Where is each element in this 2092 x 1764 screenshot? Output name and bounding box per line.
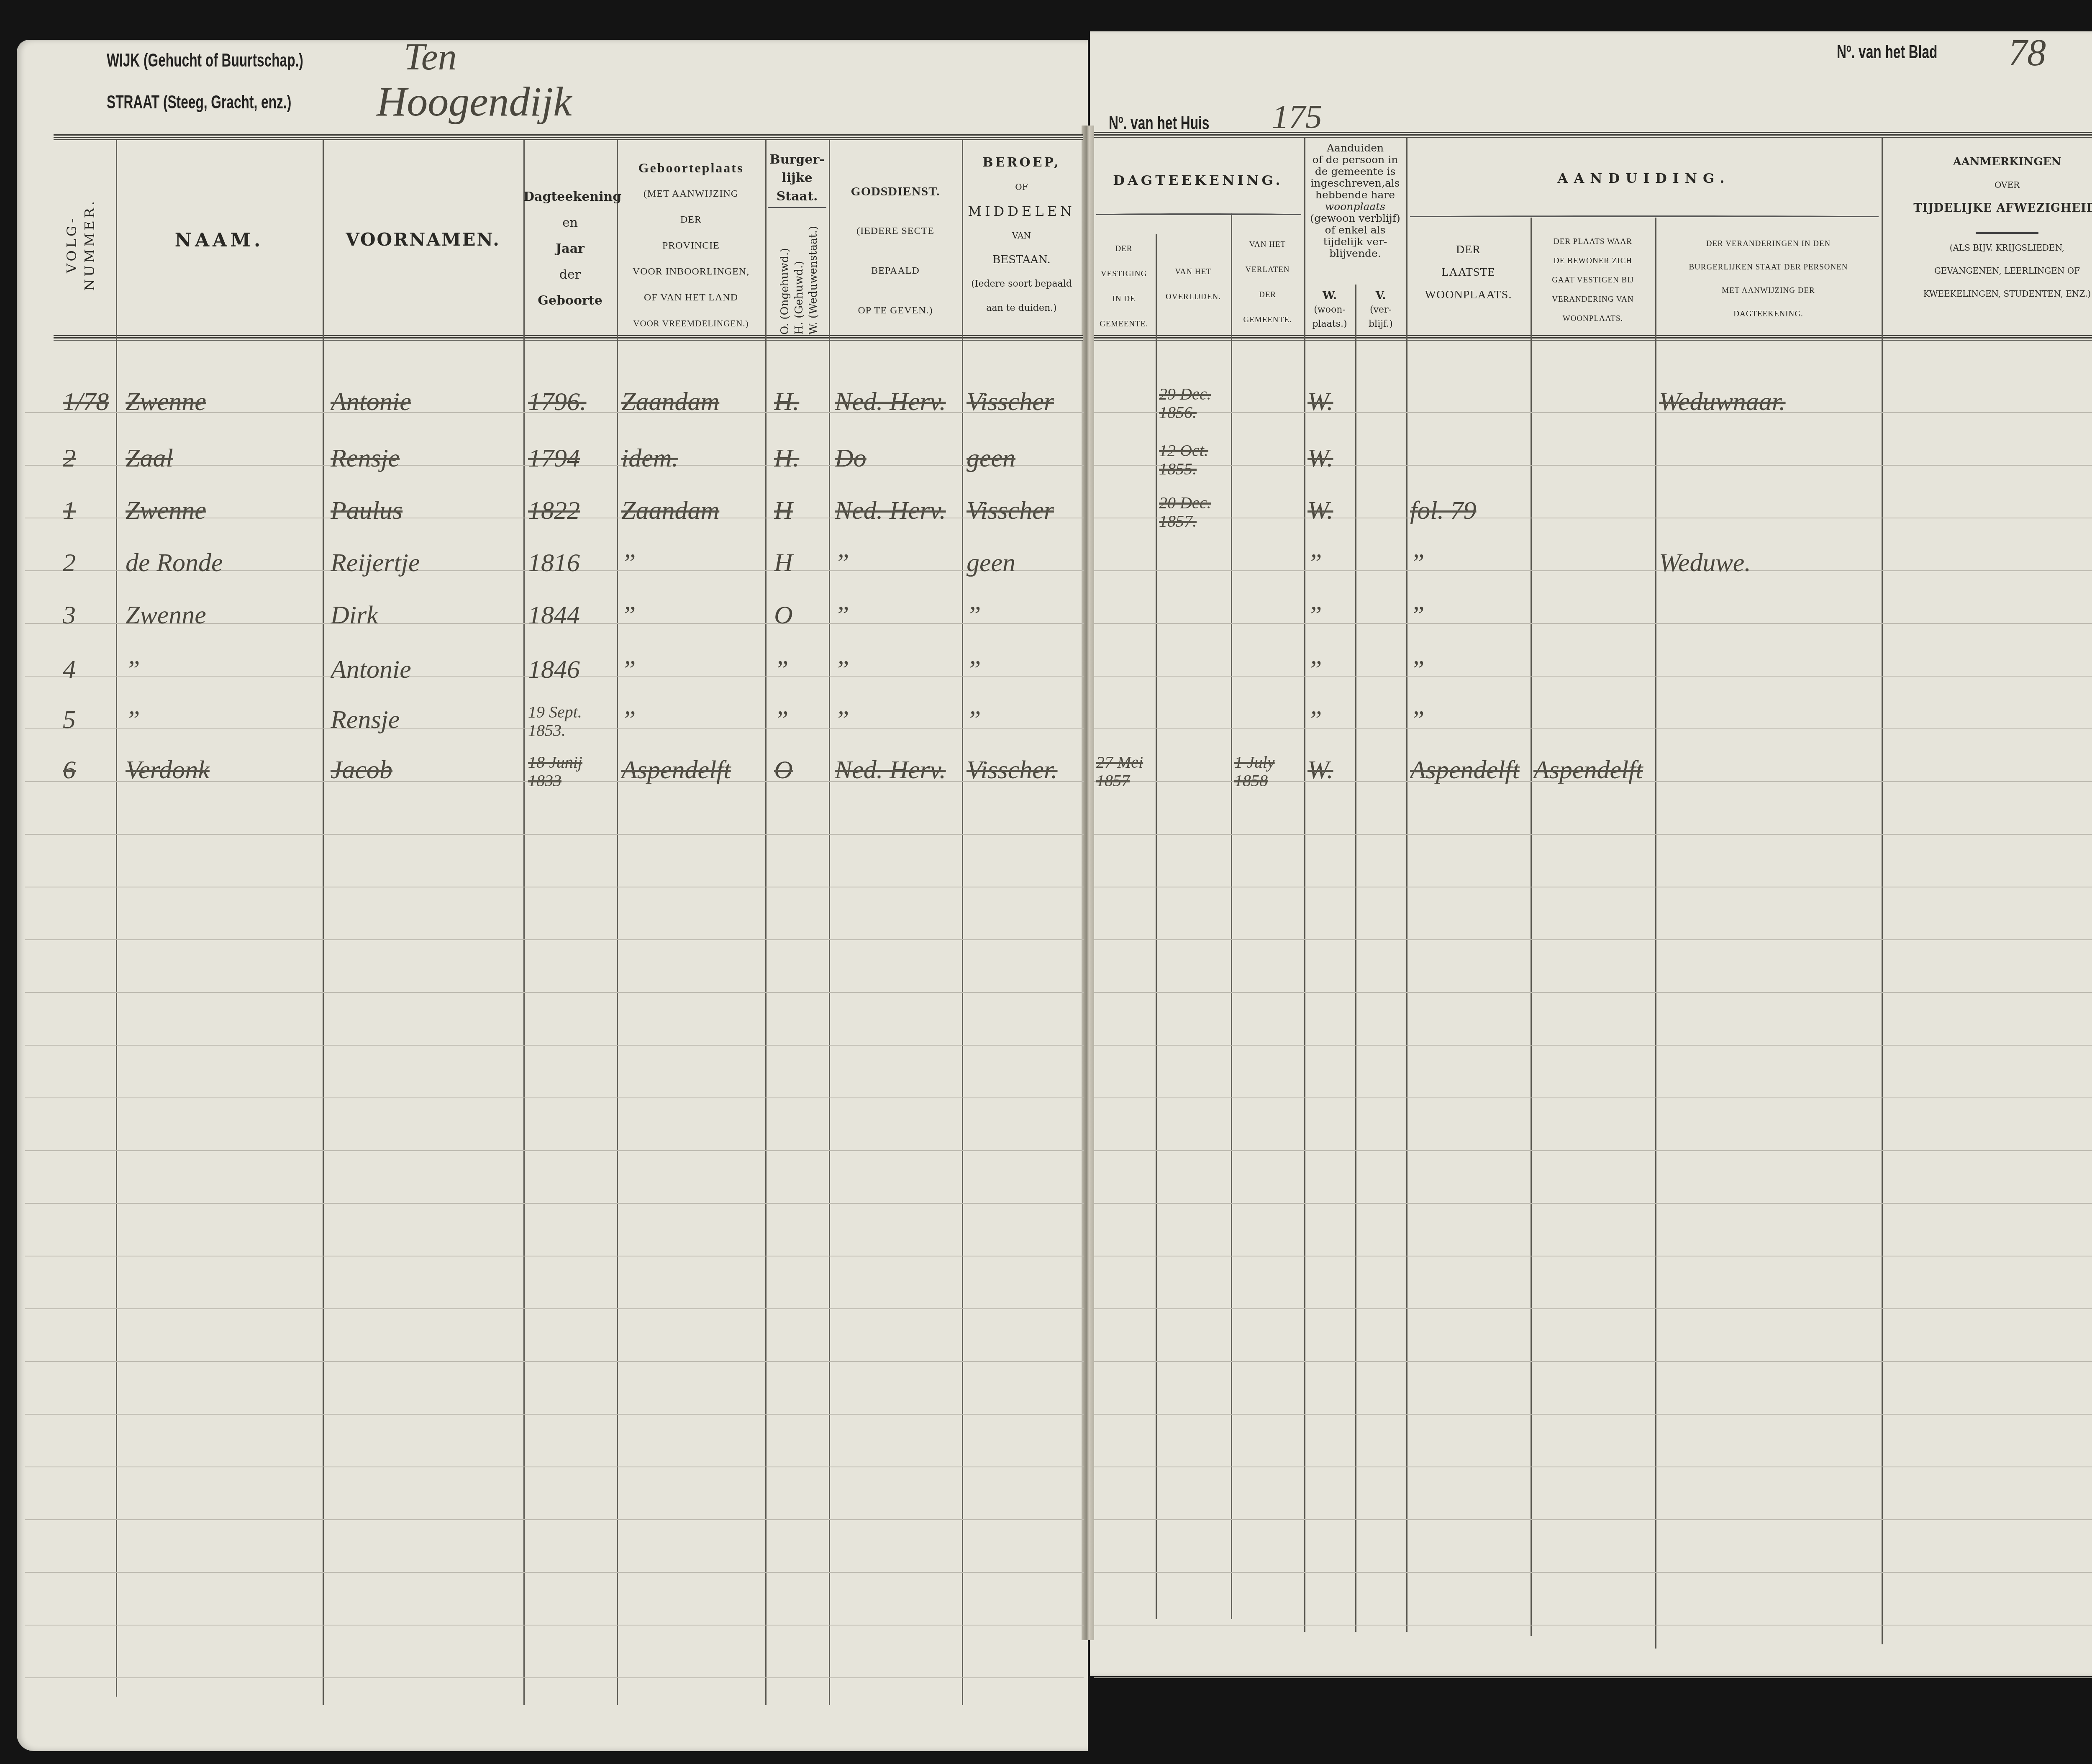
row-geboorteplaats: idem.: [621, 441, 764, 475]
header-line: VOOR VREEMDELINGEN.): [617, 310, 765, 336]
ruled-line: [25, 1677, 1084, 1678]
row-nr: 3: [63, 598, 113, 632]
row-beroep: Visscher.: [967, 753, 1079, 787]
row-geboorteplaats: ”: [621, 703, 764, 736]
header-line: lijke: [765, 169, 829, 187]
row-beroep: ”: [967, 598, 1079, 632]
header-line: (ALS BIJV. KRIJGSLIEDEN,: [1882, 236, 2092, 259]
col-header-dagteekening: DAGTEEKENING.: [1092, 172, 1304, 190]
header-line: plaats.): [1304, 317, 1355, 331]
row-verlaten: 1 July 1858: [1234, 753, 1301, 790]
header-line: DAGTEEKENING.: [1655, 303, 1882, 326]
col-divider: [116, 140, 117, 1697]
row-naam: ”: [126, 653, 318, 686]
row-w: W.: [1307, 441, 1354, 475]
col-header-volgnummer: VOLG-NUMMER.: [63, 176, 100, 314]
header-line: VAN HET: [1156, 259, 1231, 285]
header-line: Burger-: [765, 151, 829, 169]
row-beroep: Visscher: [967, 494, 1079, 527]
row-godsdienst: Ned. Herv.: [835, 385, 960, 418]
header-line: OVERLIJDEN.: [1156, 285, 1231, 310]
col-divider: [1304, 138, 1305, 1632]
staat-divider: [768, 207, 826, 208]
header-line: blijvende.: [1304, 248, 1406, 259]
ruled-line: [1094, 676, 2092, 677]
row-w: ”: [1307, 598, 1354, 632]
header-line: (ver-: [1355, 303, 1406, 317]
row-staat: H: [774, 494, 824, 527]
wijk-label: WIJK (Gehucht of Buurtschap.): [107, 50, 303, 71]
ruled-line: [1094, 1203, 2092, 1204]
row-geboorte: 1846: [528, 653, 612, 686]
ruled-line: [1094, 1150, 2092, 1151]
header-line: woonplaats: [1304, 201, 1406, 213]
col-divider: [962, 140, 963, 1705]
row-nr: 4: [63, 653, 113, 686]
header-line: W.: [1304, 289, 1355, 303]
col-divider: [1355, 285, 1356, 1632]
col-header-overlijden: VAN HET OVERLIJDEN.: [1156, 259, 1231, 310]
code-gehuwd: H. (Gehuwd.): [793, 213, 805, 335]
header-line: BEPAALD: [829, 251, 962, 291]
header-line: DER VERANDERINGEN IN DEN: [1655, 232, 1882, 256]
row-geboorteplaats: ”: [621, 598, 764, 632]
header-line: WOONPLAATS.: [1406, 284, 1531, 306]
header-line: blijf.): [1355, 317, 1406, 331]
row-overlijden: 12 Oct. 1855.: [1159, 441, 1228, 478]
header-line: (gewoon verblijf): [1304, 213, 1406, 224]
header-line: DER: [617, 207, 765, 233]
code-weduwenstaat: W. (Weduwenstaat.): [807, 213, 820, 335]
header-line: BURGERLIJKEN STAAT DER PERSONEN: [1655, 256, 1882, 279]
col-divider: [1531, 218, 1532, 1636]
row-laatste: Aspendelft: [1410, 753, 1529, 787]
row-naam: Zwenne: [126, 385, 318, 418]
col-header-plaats-vestigen: DER PLAATS WAAR DE BEWONER ZICH GAAT VES…: [1531, 232, 1655, 328]
row-beroep: ”: [967, 703, 1079, 736]
ruled-line: [1094, 1361, 2092, 1362]
header-line: Dagteekening: [523, 184, 617, 210]
row-geboorte: 18 Junij 1833: [528, 753, 612, 790]
header-line: tijdelijk ver-: [1304, 236, 1406, 248]
row-nr: 2: [63, 441, 113, 475]
header-line: (woon-: [1304, 303, 1355, 317]
straat-value: Hoogendijk: [377, 77, 572, 126]
row-naam: Zwenne: [126, 494, 318, 527]
row-geboorte: 1816: [528, 546, 612, 579]
ruled-line: [25, 1308, 1084, 1309]
row-geboorte: 1844: [528, 598, 612, 632]
header-line: der: [523, 262, 617, 288]
header-line: (Iedere soort bepaald: [962, 272, 1081, 296]
row-laatste: fol. 79: [1410, 494, 1529, 527]
header-line: VAN HET: [1231, 232, 1304, 257]
row-voornamen: Antonie: [331, 385, 519, 418]
header-line: VERANDERING VAN: [1531, 290, 1655, 309]
row-staat: H.: [774, 441, 824, 475]
header-line: V.: [1355, 289, 1406, 303]
ruled-line: [25, 1519, 1084, 1520]
huis-value: 175: [1272, 98, 1322, 136]
ruled-line: [25, 1467, 1084, 1467]
row-nr: 1: [63, 494, 113, 527]
header-line: OVER: [1882, 174, 2092, 197]
ruled-line: [25, 1361, 1084, 1362]
header-line: Aanduiden: [1304, 142, 1406, 154]
row-naam: de Ronde: [126, 546, 318, 579]
ruled-line: [1094, 1572, 2092, 1573]
col-header-aanduiden: Aanduiden of de persoon in de gemeente i…: [1304, 142, 1406, 259]
row-laatste: ”: [1410, 703, 1529, 736]
col-header-v: V. (ver- blijf.): [1355, 289, 1406, 331]
ruled-line: [1094, 1677, 2092, 1678]
row-laatste: ”: [1410, 653, 1529, 686]
row-laatste: ”: [1410, 598, 1529, 632]
ruled-line: [1094, 465, 2092, 466]
ruled-line: [1094, 728, 2092, 729]
row-geboorte: 1796.: [528, 385, 612, 418]
header-line: Geboorte: [523, 288, 617, 314]
header-line: aan te duiden.): [962, 296, 1081, 320]
straat-label: STRAAT (Steeg, Gracht, enz.): [107, 92, 291, 113]
row-naam: ”: [126, 703, 318, 736]
row-geboorteplaats: Aspendelft: [621, 753, 764, 787]
row-beroep: geen: [967, 441, 1079, 475]
row-godsdienst: ”: [835, 546, 960, 579]
header-line: LAATSTE: [1406, 261, 1531, 284]
row-overlijden: 20 Dec. 1857.: [1159, 494, 1228, 531]
col-divider: [1231, 213, 1232, 1619]
ruled-line: [25, 887, 1084, 887]
row-godsdienst: Ned. Herv.: [835, 494, 960, 527]
row-nr: 6: [63, 753, 113, 787]
ruled-line: [1094, 1467, 2092, 1467]
ruled-line: [1094, 1625, 2092, 1626]
header-line: AANMERKINGEN: [1882, 151, 2092, 174]
ruled-line: [25, 939, 1084, 940]
huis-label: Nº. van het Huis: [1109, 113, 1209, 134]
header-line: TIJDELIJKE AFWEZIGHEID.: [1882, 197, 2092, 220]
row-w: W.: [1307, 753, 1354, 787]
row-w: W.: [1307, 385, 1354, 418]
row-w: ”: [1307, 546, 1354, 579]
ruled-line: [1094, 1414, 2092, 1415]
header-line: GAAT VESTIGEN BIJ: [1531, 271, 1655, 290]
header-line: MIDDELEN: [962, 199, 1081, 223]
col-header-voornamen: VOORNAMEN.: [323, 228, 523, 252]
ruled-line: [25, 1256, 1084, 1256]
row-veranderingen: Weduwe.: [1659, 546, 1877, 579]
ruled-line: [25, 1150, 1084, 1151]
header-line: OF: [962, 175, 1081, 199]
row-geboorteplaats: ”: [621, 653, 764, 686]
row-staat: ”: [774, 703, 824, 736]
ruled-line: [25, 1414, 1084, 1415]
row-plaats: Aspendelft: [1533, 753, 1653, 787]
row-beroep: geen: [967, 546, 1079, 579]
header-line: BESTAAN.: [962, 248, 1081, 272]
header-line: DE BEWONER ZICH: [1531, 251, 1655, 271]
col-header-beroep: BEROEP, OF MIDDELEN VAN BESTAAN. (Iedere…: [962, 151, 1081, 320]
row-staat: H.: [774, 385, 824, 418]
header-line: VAN: [962, 223, 1081, 248]
blad-value: 78: [2008, 31, 2046, 74]
header-line: VESTIGING: [1092, 262, 1156, 287]
row-voornamen: Rensje: [331, 441, 519, 475]
header-line: PROVINCIE: [617, 233, 765, 259]
header-line: ingeschreven,als: [1304, 177, 1406, 189]
ruled-line: [1094, 623, 2092, 624]
header-line: VERLATEN: [1231, 257, 1304, 282]
row-voornamen: Rensje: [331, 703, 519, 736]
header-bottom-border-right: [1094, 335, 2092, 341]
header-line: OP TE GEVEN.): [829, 291, 962, 331]
ruled-line: [25, 1203, 1084, 1204]
header-line: GODSDIENST.: [829, 172, 962, 211]
header-line: VOOR INBOORLINGEN,: [617, 259, 765, 285]
row-voornamen: Antonie: [331, 653, 519, 686]
header-line: Staat.: [765, 187, 829, 206]
ruled-line: [25, 1045, 1084, 1046]
header-line: GEMEENTE.: [1092, 312, 1156, 337]
row-staat: O: [774, 598, 824, 632]
col-header-verlaten: VAN HET VERLATEN DER GEMEENTE.: [1231, 232, 1304, 333]
row-staat: H: [774, 546, 824, 579]
row-godsdienst: Ned. Herv.: [835, 753, 960, 787]
row-godsdienst: Do: [835, 441, 960, 475]
row-staat: ”: [774, 653, 824, 686]
header-line: KWEEKELINGEN, STUDENTEN, ENZ.): [1882, 282, 2092, 305]
header-line: DER: [1231, 282, 1304, 308]
col-divider: [1655, 218, 1656, 1649]
ruled-line: [1094, 939, 2092, 940]
row-nr: 2: [63, 546, 113, 579]
code-ongehuwd: O. (Ongehuwd.): [779, 213, 791, 335]
ruled-line: [1094, 1097, 2092, 1098]
ruled-line: [1094, 412, 2092, 413]
col-header-aanduiding: AANDUIDING.: [1406, 169, 1882, 187]
header-line: hebbende hare: [1304, 189, 1406, 201]
ruled-line: [1094, 570, 2092, 571]
row-w: ”: [1307, 653, 1354, 686]
row-overlijden: 29 Dec. 1856.: [1159, 385, 1228, 422]
row-naam: Verdonk: [126, 753, 318, 787]
col-header-w: W. (woon- plaats.): [1304, 289, 1355, 331]
ruled-line: [1094, 1045, 2092, 1046]
col-header-burgerlijke-staat: Burger- lijke Staat.: [765, 151, 829, 206]
header-bottom-border-left: [54, 335, 1083, 341]
blad-label: Nº. van het Blad: [1837, 42, 1937, 63]
dagteekening-brace: [1096, 213, 1301, 215]
col-divider: [1156, 234, 1157, 1619]
row-godsdienst: ”: [835, 653, 960, 686]
staat-codes: O. (Ongehuwd.) H. (Gehuwd.) W. (Weduwens…: [770, 213, 828, 335]
header-line: de gemeente is: [1304, 166, 1406, 177]
header-line: GEVANGENEN, LEERLINGEN OF: [1882, 259, 2092, 282]
ruled-line: [1094, 992, 2092, 993]
header-line: Geboorteplaats: [617, 155, 765, 181]
col-divider: [1406, 138, 1407, 1632]
book-gutter: [1082, 126, 1094, 1640]
row-geboorteplaats: Zaandam: [621, 385, 764, 418]
ruled-line: [1094, 887, 2092, 887]
ruled-line: [1094, 1519, 2092, 1520]
ruled-line: [25, 834, 1084, 835]
row-voornamen: Reijertje: [331, 546, 519, 579]
row-vestiging: 27 Mei 1857: [1096, 753, 1155, 790]
header-line: of de persoon in: [1304, 154, 1406, 166]
row-nr: 1/78: [63, 385, 113, 418]
ruled-line: [1094, 1308, 2092, 1309]
col-header-geboorteplaats: Geboorteplaats (MET AANWIJZING DER PROVI…: [617, 155, 765, 336]
col-header-laatste-woonplaats: DER LAATSTE WOONPLAATS.: [1406, 238, 1531, 306]
col-header-aanmerkingen: AANMERKINGEN OVER TIJDELIJKE AFWEZIGHEID…: [1882, 151, 2092, 305]
col-divider: [523, 140, 525, 1705]
row-nr: 5: [63, 703, 113, 736]
row-geboorte: 1822: [528, 494, 612, 527]
header-line: of enkel als: [1304, 224, 1406, 236]
header-line: (IEDERE SECTE: [829, 211, 962, 251]
row-naam: Zaal: [126, 441, 318, 475]
row-voornamen: Jacob: [331, 753, 519, 787]
row-geboorteplaats: Zaandam: [621, 494, 764, 527]
ruled-line: [1094, 518, 2092, 518]
col-divider: [765, 140, 767, 1705]
header-line: DER: [1092, 236, 1156, 262]
wijk-value: Ten: [404, 36, 457, 79]
col-header-vestiging: DER VESTIGING IN DE GEMEENTE.: [1092, 236, 1156, 337]
row-w: ”: [1307, 703, 1354, 736]
row-voornamen: Paulus: [331, 494, 519, 527]
header-top-border-right: [1094, 132, 2092, 138]
col-header-veranderingen: DER VERANDERINGEN IN DEN BURGERLIJKEN ST…: [1655, 232, 1882, 326]
header-line: IN DE: [1092, 287, 1156, 312]
ruled-line: [25, 1097, 1084, 1098]
row-laatste: ”: [1410, 546, 1529, 579]
row-geboorte: 1794: [528, 441, 612, 475]
header-line: OF VAN HET LAND: [617, 285, 765, 310]
ruled-line: [1094, 1256, 2092, 1256]
header-line: en: [523, 210, 617, 236]
row-godsdienst: ”: [835, 703, 960, 736]
row-veranderingen: Weduwnaar.: [1659, 385, 1877, 418]
header-line: DER: [1406, 238, 1531, 261]
row-naam: Zwenne: [126, 598, 318, 632]
row-godsdienst: ”: [835, 598, 960, 632]
row-voornamen: Dirk: [331, 598, 519, 632]
ornament-rule: [1882, 220, 2092, 236]
col-divider: [617, 140, 618, 1705]
col-header-geboorte: Dagteekening en Jaar der Geboorte: [523, 184, 617, 314]
col-divider: [1882, 138, 1883, 1644]
header-line: GEMEENTE.: [1231, 308, 1304, 333]
col-header-naam: NAAM.: [116, 228, 323, 253]
header-line: BEROEP,: [962, 151, 1081, 175]
row-w: W.: [1307, 494, 1354, 527]
ruled-line: [1094, 834, 2092, 835]
row-geboorte: 19 Sept. 1853.: [528, 703, 612, 740]
row-staat: O: [774, 753, 824, 787]
row-beroep: ”: [967, 653, 1079, 686]
col-divider: [829, 140, 830, 1705]
ruled-line: [25, 1572, 1084, 1573]
ruled-line: [25, 992, 1084, 993]
row-beroep: Visscher: [967, 385, 1079, 418]
header-top-border-left: [54, 134, 1083, 140]
ruled-line: [25, 1625, 1084, 1626]
header-line: DER PLAATS WAAR: [1531, 232, 1655, 251]
header-line: WOONPLAATS.: [1531, 309, 1655, 328]
row-geboorteplaats: ”: [621, 546, 764, 579]
col-divider: [323, 140, 324, 1705]
aanduiding-brace: [1410, 215, 1879, 217]
header-line: Jaar: [523, 236, 617, 262]
header-line: (MET AANWIJZING: [617, 181, 765, 207]
col-header-godsdienst: GODSDIENST. (IEDERE SECTE BEPAALD OP TE …: [829, 172, 962, 331]
header-line: MET AANWIJZING DER: [1655, 279, 1882, 303]
